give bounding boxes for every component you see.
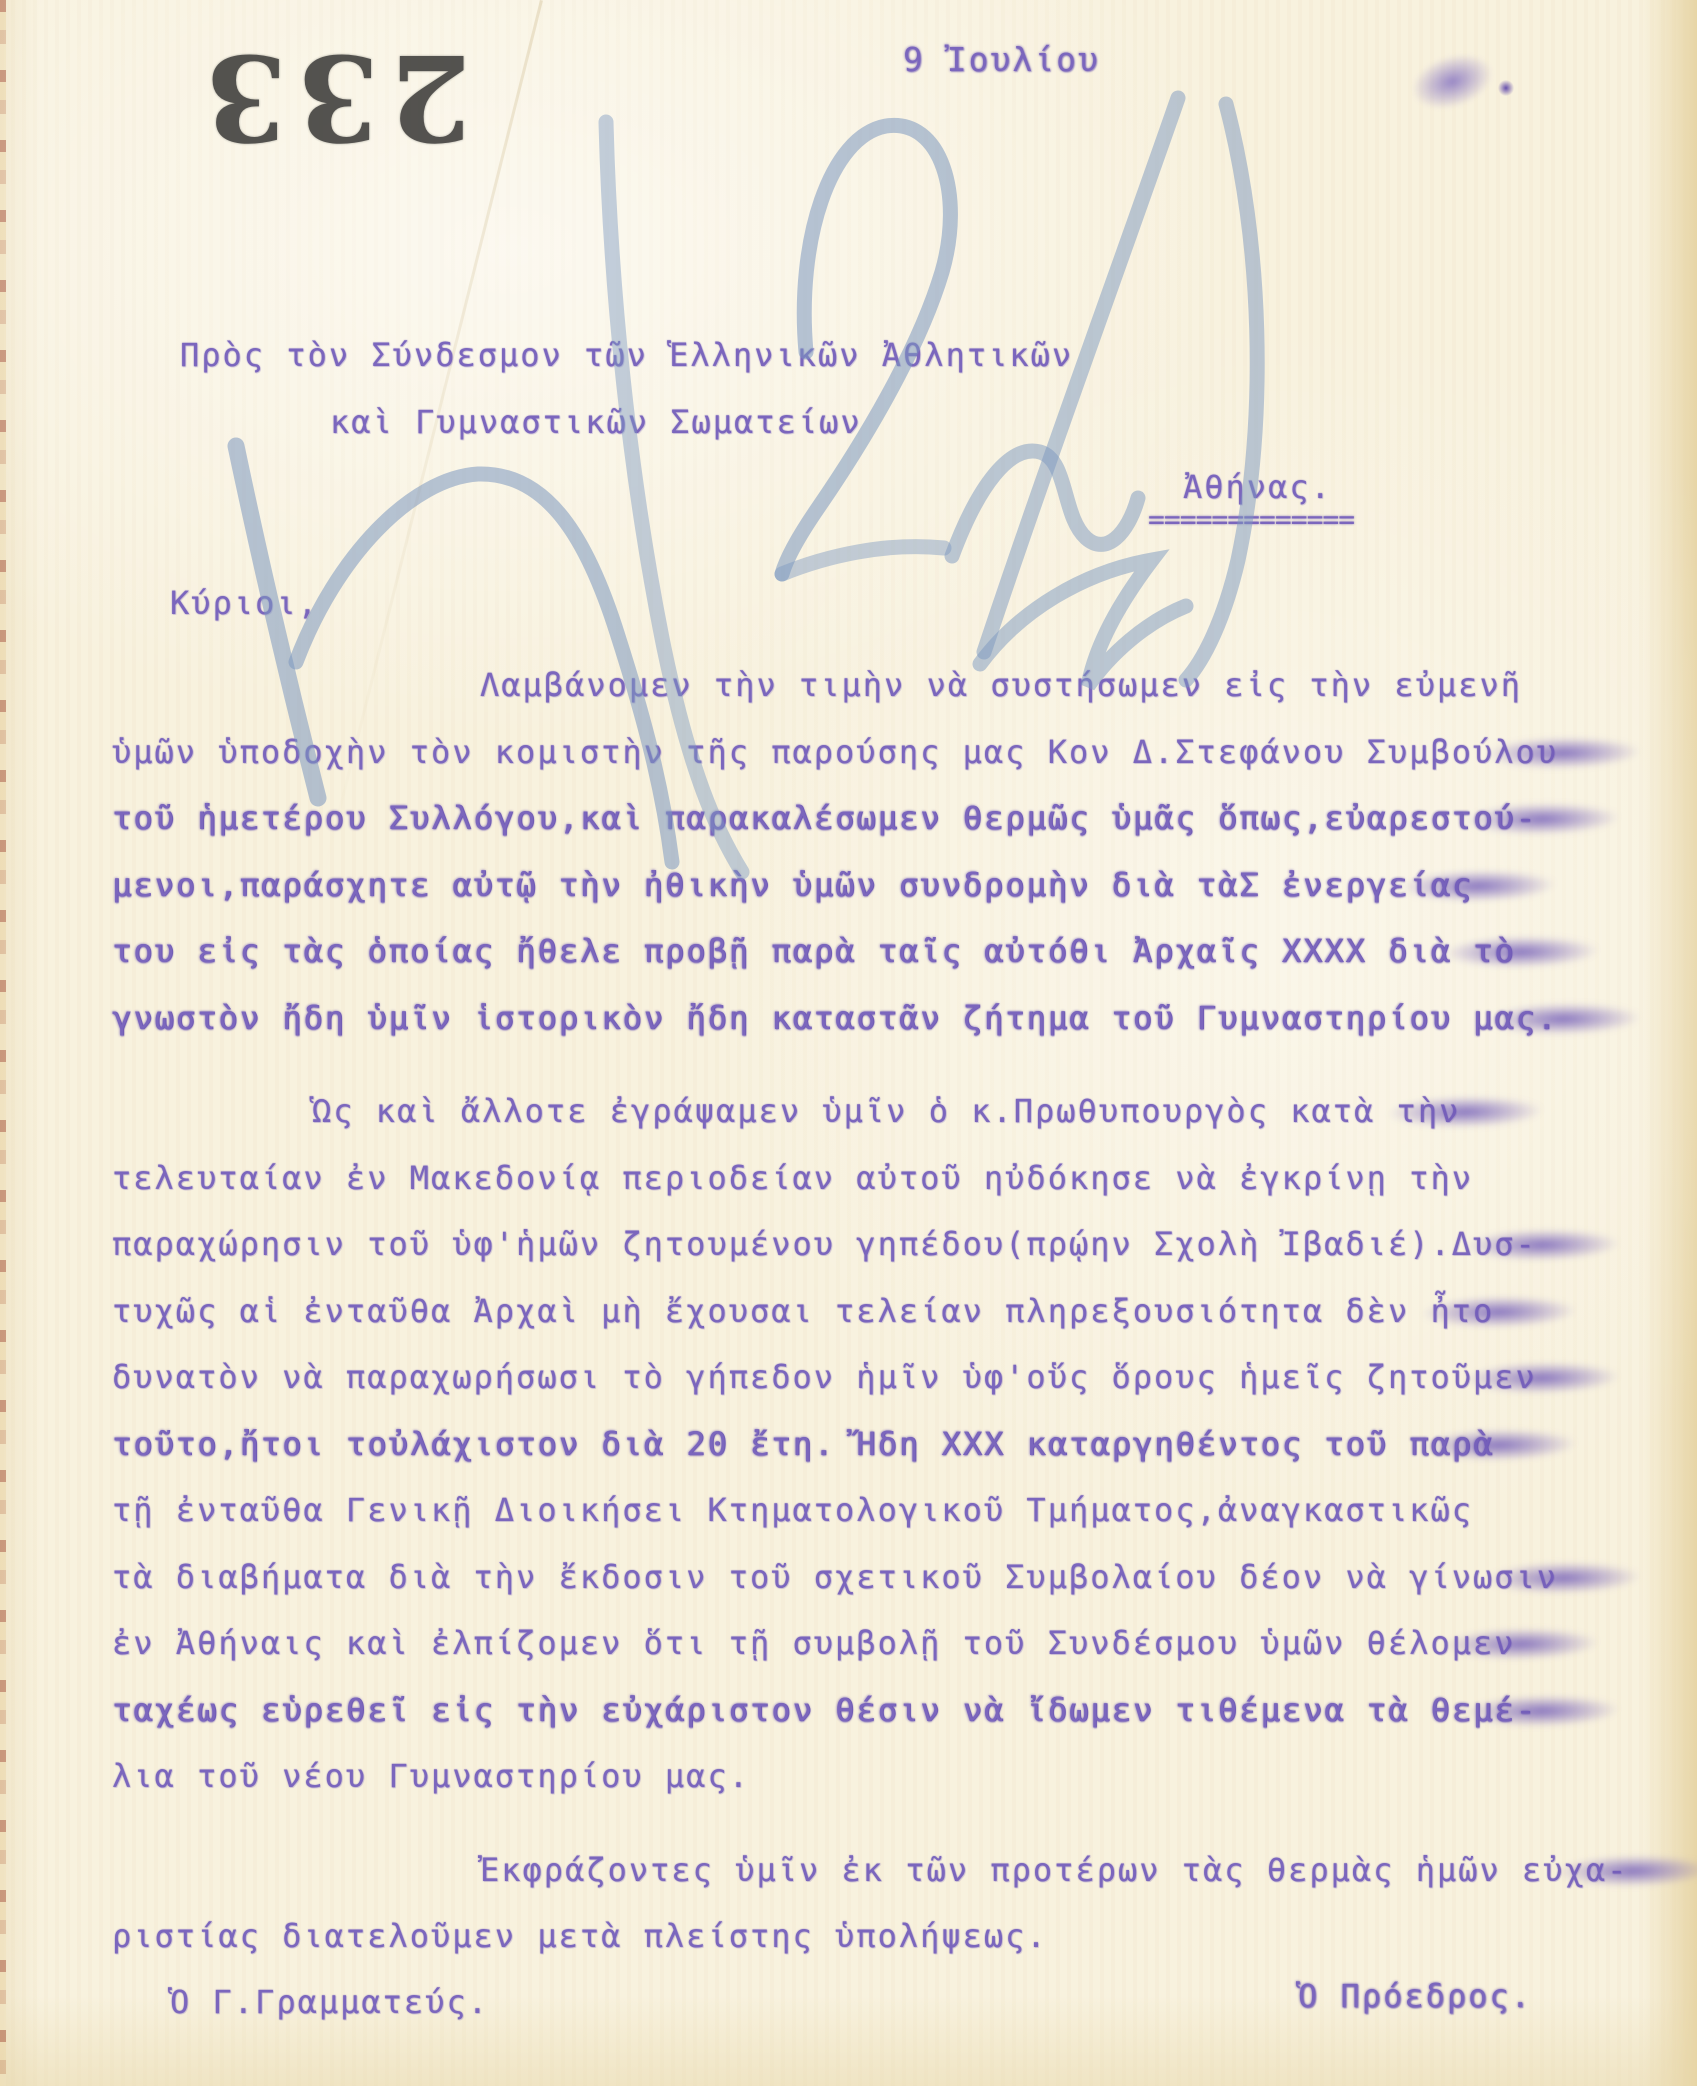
body-line-text: τῇ ἐνταῦθα Γενικῇ Διοικήσει Κτηματολογικ…	[112, 1491, 1473, 1529]
body-line-text: γνωστὸν ἤδη ὑμῖν ἱστορικὸν ἤδη καταστᾶν …	[112, 999, 1558, 1037]
letter-body: Λαμβάνομεν τὴν τιμὴν νὰ συστήσωμεν εἰς τ…	[112, 652, 1612, 1970]
recipient-line-2: καὶ Γυμναστικῶν Σωματείων	[330, 403, 862, 441]
ink-smudge	[1409, 1295, 1590, 1329]
body-line: τελευταίαν ἐν Μακεδονίᾳ περιοδείαν αὐτοῦ…	[112, 1145, 1612, 1212]
body-line: τὰ διαβήματα διὰ τὴν ἔκδοσιν τοῦ σχετικο…	[112, 1544, 1612, 1611]
city-underline: =============	[1148, 503, 1354, 536]
body-line-text: ὑμῶν ὑποδοχὴν τὸν κομιστὴν τῆς παρούσης …	[112, 733, 1558, 771]
signature-secretary: Ὁ Γ.Γραμματεύς.	[170, 1983, 489, 2021]
ink-smudge	[1451, 1361, 1632, 1395]
body-line-text: τὰ διαβήματα διὰ τὴν ἔκδοσιν τοῦ σχετικο…	[112, 1558, 1558, 1596]
body-line-text: Ἐκφράζοντες ὑμῖν ἐκ τῶν προτέρων τὰς θερ…	[480, 1851, 1628, 1889]
body-line-text: ταχέως εὑρεθεῖ εἰς τὴν εὐχάριστον θέσιν …	[112, 1691, 1537, 1729]
ink-smudge	[1473, 1561, 1654, 1595]
body-line: γνωστὸν ἤδη ὑμῖν ἱστορικὸν ἤδη καταστᾶν …	[112, 985, 1612, 1052]
scan-edge-artifact	[0, 0, 6, 2086]
body-line: ταχέως εὑρεθεῖ εἰς τὴν εὐχάριστον θέσιν …	[112, 1677, 1612, 1744]
body-line: Λαμβάνομεν τὴν τιμὴν νὰ συστήσωμεν εἰς τ…	[112, 652, 1612, 719]
body-line-text: τυχῶς αἱ ἐνταῦθα Ἀρχαὶ μὴ ἔχουσαι τελεία…	[112, 1292, 1494, 1330]
body-line-text: τοῦτο,ἤτοι τοὐλάχιστον διὰ 20 ἔτη. Ἤδη Χ…	[112, 1425, 1494, 1463]
ink-smudge	[1451, 1228, 1632, 1262]
body-line-text: τελευταίαν ἐν Μακεδονίᾳ περιοδείαν αὐτοῦ…	[112, 1159, 1473, 1197]
body-line: παραχώρησιν τοῦ ὑφ'ἡμῶν ζητουμένου γηπέδ…	[112, 1211, 1612, 1278]
body-line: τοῦτο,ἤτοι τοὐλάχιστον διὰ 20 ἔτη. Ἤδη Χ…	[112, 1411, 1612, 1478]
body-line: ὑμῶν ὑποδοχὴν τὸν κομιστὴν τῆς παρούσης …	[112, 719, 1612, 786]
ink-smudge	[1375, 1095, 1556, 1129]
ink-smudge	[1409, 1428, 1590, 1462]
ink-smudge	[1473, 736, 1654, 770]
body-line: τοῦ ἡμετέρου Συλλόγου,καὶ παρακαλέσωμεν …	[112, 785, 1612, 852]
body-line: ριστίας διατελοῦμεν μετὰ πλείστης ὑπολήψ…	[112, 1903, 1612, 1970]
ink-smudge	[1430, 1627, 1611, 1661]
recipient-line-1: Πρὸς τὸν Σύνδεσμον τῶν Ἑλληνικῶν Ἀθλητικ…	[180, 336, 1073, 374]
body-line-text: παραχώρησιν τοῦ ὑφ'ἡμῶν ζητουμένου γηπέδ…	[112, 1225, 1537, 1263]
ink-smudge	[1473, 1002, 1654, 1036]
city-line: Ἀθήνας.	[1183, 468, 1332, 506]
body-line: Ἐκφράζοντες ὑμῖν ἐκ τῶν προτέρων τὰς θερ…	[112, 1837, 1612, 1904]
body-line: μενοι,παράσχητε αὐτῷ τὴν ἠθικὴν ὑμῶν συν…	[112, 852, 1612, 919]
salutation: Κύριοι,	[170, 584, 319, 622]
body-line: τυχῶς αἱ ἐνταῦθα Ἀρχαὶ μὴ ἔχουσαι τελεία…	[112, 1278, 1612, 1345]
body-line: λια τοῦ νέου Γυμναστηρίου μας.	[112, 1743, 1612, 1810]
date-line: 9 Ἰουλίου	[903, 40, 1100, 79]
body-line-text: Ὡς καὶ ἄλλοτε ἐγράψαμεν ὑμῖν ὁ κ.Πρωθυπο…	[312, 1092, 1460, 1130]
ink-smudge	[1451, 802, 1632, 836]
body-line-text: λια τοῦ νέου Γυμναστηρίου μας.	[112, 1757, 750, 1795]
body-line-text: δυνατὸν νὰ παραχωρήσωσι τὸ γήπεδον ἡμῖν …	[112, 1358, 1537, 1396]
ink-smudge	[1451, 1694, 1632, 1728]
signature-president: Ὁ Πρόεδρος.	[1298, 1977, 1532, 2015]
body-line: του εἰς τὰς ὁποίας ἤθελε προβῇ παρὰ ταῖς…	[112, 918, 1612, 985]
archive-stamp-number: 233	[195, 28, 471, 167]
body-line-text: τοῦ ἡμετέρου Συλλόγου,καὶ παρακαλέσωμεν …	[112, 799, 1537, 837]
body-line-text: ἐν Ἀθήναις καὶ ἐλπίζομεν ὅτι τῇ συμβολῇ …	[112, 1624, 1516, 1662]
ink-smudge	[1430, 935, 1611, 969]
body-line-text: Λαμβάνομεν τὴν τιμὴν νὰ συστήσωμεν εἰς τ…	[480, 666, 1522, 704]
date-ink-dot	[1498, 80, 1514, 96]
body-line-text: μενοι,παράσχητε αὐτῷ τὴν ἠθικὴν ὑμῶν συν…	[112, 866, 1473, 904]
letter-page: 233 9 Ἰουλίου Πρὸς τὸν Σύνδεσμον τῶν Ἑλλ…	[0, 0, 1697, 2086]
ink-smudge	[1543, 1854, 1697, 1888]
ink-smudge	[1387, 869, 1568, 903]
body-line: Ὡς καὶ ἄλλοτε ἐγράψαμεν ὑμῖν ὁ κ.Πρωθυπο…	[112, 1078, 1612, 1145]
body-line: δυνατὸν νὰ παραχωρήσωσι τὸ γήπεδον ἡμῖν …	[112, 1344, 1612, 1411]
body-line-text: του εἰς τὰς ὁποίας ἤθελε προβῇ παρὰ ταῖς…	[112, 932, 1516, 970]
body-line-text: ριστίας διατελοῦμεν μετὰ πλείστης ὑπολήψ…	[112, 1917, 1048, 1955]
body-line: ἐν Ἀθήναις καὶ ἐλπίζομεν ὅτι τῇ συμβολῇ …	[112, 1610, 1612, 1677]
date-ink-smudge	[1401, 38, 1515, 128]
body-line: τῇ ἐνταῦθα Γενικῇ Διοικήσει Κτηματολογικ…	[112, 1477, 1612, 1544]
